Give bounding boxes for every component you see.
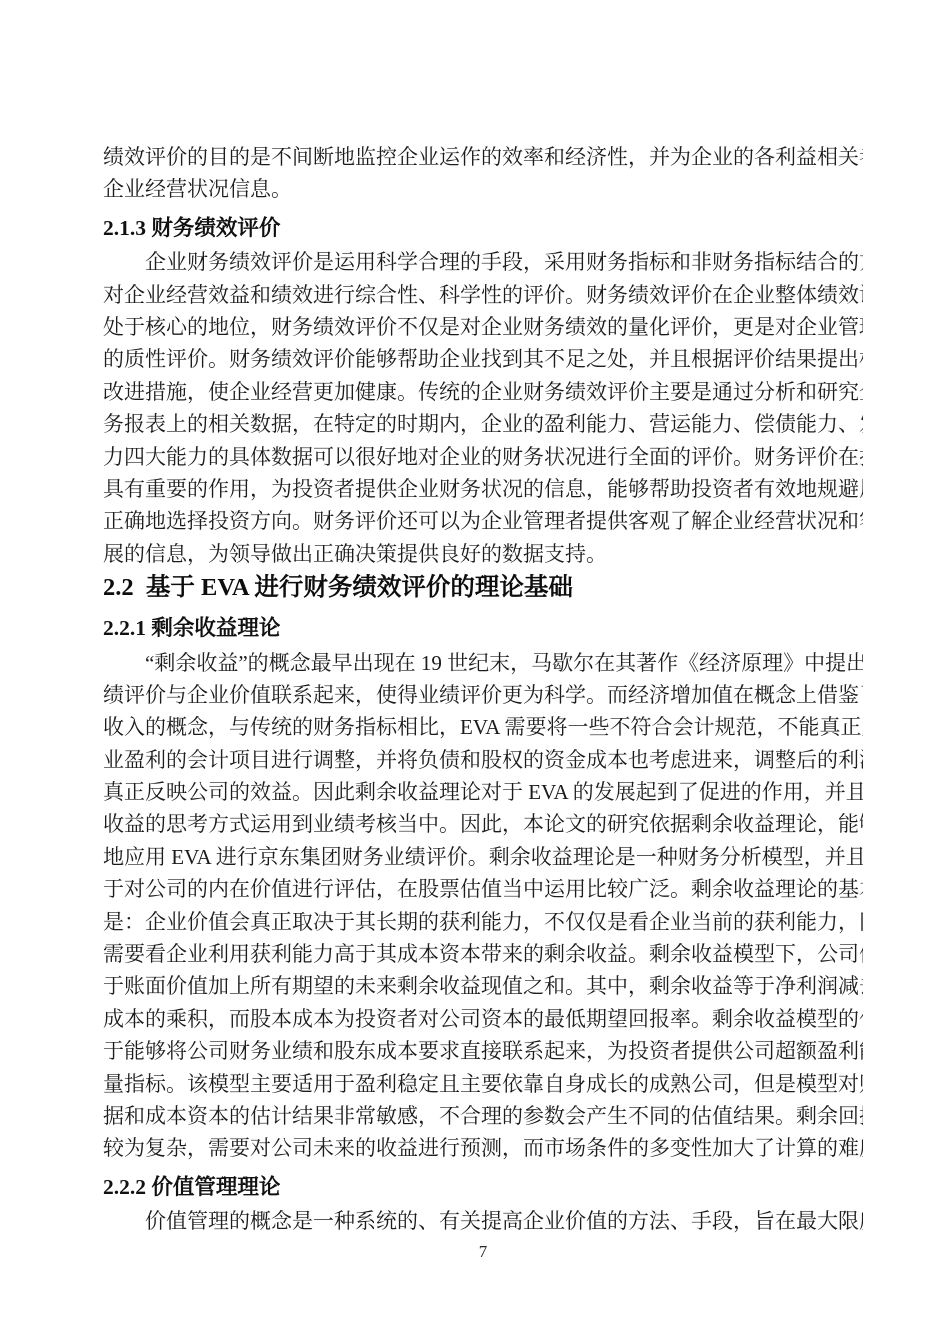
paragraph: 企业财务绩效评价是运用科学合理的手段，采用财务指标和非财务指标结合的方式，对企业… bbox=[103, 246, 863, 570]
text-line: 处于核心的地位，财务绩效评价不仅是对企业财务绩效的量化评价，更是对企业管理质量 bbox=[103, 311, 863, 343]
heading-2-2-1: 2.2.1 剩余收益理论 bbox=[103, 612, 863, 644]
text-line: 改进措施，使企业经营更加健康。传统的企业财务绩效评价主要是通过分析和研究企业财 bbox=[103, 376, 863, 408]
page-number: 7 bbox=[479, 1242, 488, 1261]
text-line: 是：企业价值会真正取决于其长期的获利能力，不仅仅是看企业当前的获利能力，同时也 bbox=[103, 906, 863, 938]
text-line: 企业财务绩效评价是运用科学合理的手段，采用财务指标和非财务指标结合的方式， bbox=[103, 246, 863, 278]
text-line: 价值管理的概念是一种系统的、有关提高企业价值的方法、手段，旨在最大限度地发 bbox=[103, 1205, 863, 1237]
heading-2-2: 2.2 基于 EVA 进行财务绩效评价的理论基础 bbox=[103, 570, 863, 606]
text-line: 需要看企业利用获利能力高于其成本资本带来的剩余收益。剩余收益模型下，公司价值等 bbox=[103, 938, 863, 970]
text-line: 收益的思考方式运用到业绩考核当中。因此，本论文的研究依据剩余收益理论，能够更好 bbox=[103, 808, 863, 840]
text-line: 据和成本资本的估计结果非常敏感，不合理的参数会产生不同的估值结果。剩余回报模型 bbox=[103, 1100, 863, 1132]
text-line: 成本的乘积，而股本成本为投资者对公司资本的最低期望回报率。剩余收益模型的优点在 bbox=[103, 1003, 863, 1035]
text-line: 较为复杂，需要对公司未来的收益进行预测，而市场条件的多变性加大了计算的难度。 bbox=[103, 1132, 863, 1164]
heading-2-2-2: 2.2.2 价值管理理论 bbox=[103, 1171, 863, 1203]
text-line: 绩评价与企业价值联系起来，使得业绩评价更为科学。而经济增加值在概念上借鉴了剩余 bbox=[103, 679, 863, 711]
text-line: 务报表上的相关数据，在特定的时期内，企业的盈利能力、营运能力、偿债能力、发展能 bbox=[103, 408, 863, 440]
text-line: 于能够将公司财务业绩和股东成本要求直接联系起来，为投资者提供公司超额盈利能力衡 bbox=[103, 1035, 863, 1067]
text-line: 对企业经营效益和绩效进行综合性、科学性的评价。财务绩效评价在企业整体绩效评价中 bbox=[103, 279, 863, 311]
text-line: 地应用 EVA 进行京东集团财务业绩评价。剩余收益理论是一种财务分析模型，并且主… bbox=[103, 841, 863, 873]
paragraph: “剩余收益”的概念最早出现在 19 世纪末，马歇尔在其著作《经济原理》中提出。将… bbox=[103, 647, 863, 1165]
text-line: 真正反映公司的效益。因此剩余收益理论对于 EVA 的发展起到了促进的作用，并且将… bbox=[103, 776, 863, 808]
text-line: 收入的概念，与传统的财务指标相比，EVA 需要将一些不符合会计规范，不能真正反映… bbox=[103, 711, 863, 743]
text-line: 量指标。该模型主要适用于盈利稳定且主要依靠自身成长的成熟公司，但是模型对财务数 bbox=[103, 1068, 863, 1100]
text-line: 展的信息，为领导做出正确决策提供良好的数据支持。 bbox=[103, 538, 863, 570]
text-line: 企业经营状况信息。 bbox=[103, 173, 863, 205]
text-line: 力四大能力的具体数据可以很好地对企业的财务状况进行全面的评价。财务评价在投资中 bbox=[103, 441, 863, 473]
text-line: 于账面价值加上所有期望的未来剩余收益现值之和。其中，剩余收益等于净利润减去股本 bbox=[103, 970, 863, 1002]
text-line: “剩余收益”的概念最早出现在 19 世纪末，马歇尔在其著作《经济原理》中提出。将… bbox=[103, 647, 863, 679]
page-footer: 7 bbox=[103, 1242, 863, 1262]
document-content: 绩效评价的目的是不间断地监控企业运作的效率和经济性，并为企业的各利益相关者提供企… bbox=[103, 141, 863, 1238]
document-page: 绩效评价的目的是不间断地监控企业运作的效率和经济性，并为企业的各利益相关者提供企… bbox=[103, 141, 863, 1262]
heading-2-1-3: 2.1.3 财务绩效评价 bbox=[103, 212, 863, 244]
text-line: 具有重要的作用，为投资者提供企业财务状况的信息，能够帮助投资者有效地规避风险， bbox=[103, 473, 863, 505]
text-line: 绩效评价的目的是不间断地监控企业运作的效率和经济性，并为企业的各利益相关者提供 bbox=[103, 141, 863, 173]
text-line: 正确地选择投资方向。财务评价还可以为企业管理者提供客观了解企业经营状况和客观发 bbox=[103, 505, 863, 537]
text-line: 于对公司的内在价值进行评估，在股票估值当中运用比较广泛。剩余收益理论的基本思想 bbox=[103, 873, 863, 905]
paragraph: 价值管理的概念是一种系统的、有关提高企业价值的方法、手段，旨在最大限度地发 bbox=[103, 1205, 863, 1237]
text-line: 的质性评价。财务绩效评价能够帮助企业找到其不足之处，并且根据评价结果提出相应的 bbox=[103, 343, 863, 375]
paragraph: 绩效评价的目的是不间断地监控企业运作的效率和经济性，并为企业的各利益相关者提供企… bbox=[103, 141, 863, 206]
text-line: 业盈利的会计项目进行调整，并将负债和股权的资金成本也考虑进来，调整后的利润能够 bbox=[103, 744, 863, 776]
